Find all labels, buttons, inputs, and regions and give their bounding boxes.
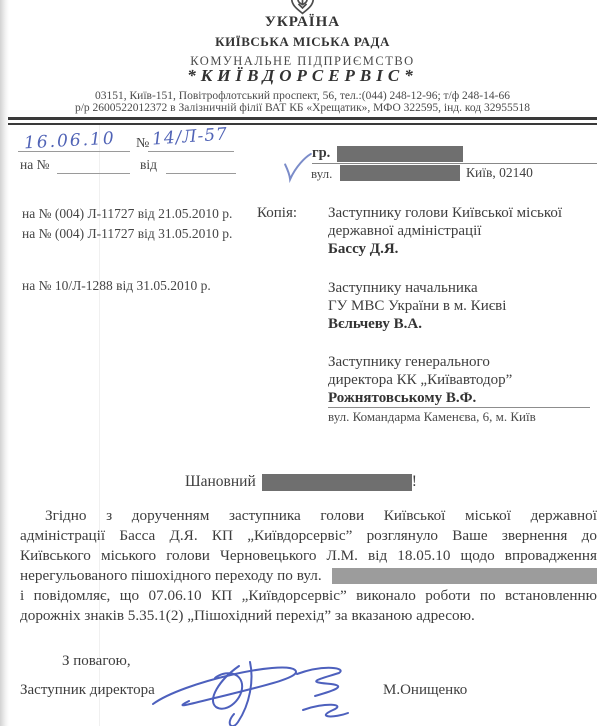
copy-label: Копія: [257,205,297,222]
number-symbol: № [136,136,149,152]
org-name: *КИЇВДОРСЕРВІС* [0,66,605,86]
org-address-line: 03151, Київ-151, Повітрофлотський проспе… [0,90,605,102]
redaction-box-street [340,165,460,181]
recipient-block: Заступнику начальника ГУ МВС України в м… [328,279,598,333]
from-label: від [140,157,157,173]
checkmark-annotation-icon [279,146,314,186]
signer-name: М.Онищенко [383,682,467,699]
recipient-title-line: ГУ МВС України в м. Києві [328,297,598,315]
addressee-street-label: вул. [311,166,332,182]
number-blank-line [148,151,234,152]
org-bank-line: р/р 2600522012372 в Залізничній філії ВА… [0,102,605,114]
recipient-title-line: Заступнику голови Київської міської [328,204,598,222]
redaction-box-name [337,146,463,162]
date-blank-line [18,151,130,152]
body-line: адміністрації Басса Д.Я. КП „Київдорсерв… [20,527,597,545]
closing-phrase: З повагою, [62,653,131,670]
city-council-name: КИЇВСЬКА МІСЬКА РАДА [0,34,605,50]
recipient-block: Заступнику голови Київської міської держ… [328,204,598,258]
recipient-name: Бассу Д.Я. [328,240,598,258]
tryzub-emblem-icon [289,0,316,15]
recipient-name: Вєльчеву В.А. [328,315,598,333]
recipient-title-line: Заступнику начальника [328,279,598,297]
reference-line: на № (004) Л-11727 від 31.05.2010 р. [22,226,232,242]
salutation-suffix: ! [412,473,417,491]
signature-scribble [145,652,360,726]
scanned-letter-page: УКРАЇНА КИЇВСЬКА МІСЬКА РАДА КОМУНАЛЬНЕ … [0,0,605,726]
body-line: і повідомляє, що 07.06.10 КП „Київдорсер… [20,587,597,605]
redaction-box-street-body [332,568,597,584]
from-blank-line [166,173,236,174]
body-line: Київського міського голови Черновецького… [20,547,597,565]
reference-line: на № (004) Л-11727 від 21.05.2010 р. [22,206,232,222]
recipient-block: Заступнику генерального директора КК „Ки… [328,353,598,407]
on-no-blank-line [57,173,130,174]
body-line: Згідно з дорученням заступника голови Ки… [20,507,597,525]
on-no-label: на № [20,157,49,173]
header-double-rule [8,117,597,125]
redaction-box-salutation [262,474,412,491]
recipient-address: вул. Командарма Каменєва, 6, м. Київ [328,409,536,425]
salutation-prefix: Шановний [185,473,256,491]
handwritten-number: 14/Л-57 [151,124,228,149]
recipient-title-line: директора КК „Київавтодор” [328,371,598,389]
signer-title: Заступник директора [20,682,155,699]
addressee-underline [312,163,597,164]
recipient-underline [328,407,590,408]
addressee-person-label: гр. [312,145,330,162]
country-name: УКРАЇНА [0,14,605,31]
recipient-name: Рожнятовському В.Ф. [328,389,598,407]
handwritten-date: 16.06.10 [24,129,117,154]
addressee-city-zip: Київ, 02140 [466,165,533,181]
body-line: дорожніх знаків 5.35.1(2) „Пішохідний пе… [20,607,597,625]
recipient-title-line: державної адміністрації [328,222,598,240]
body-line: нерегульованого пішохідного переходу по … [20,567,322,585]
recipient-title-line: Заступнику генерального [328,353,598,371]
body-line-with-redaction: нерегульованого пішохідного переходу по … [20,567,597,585]
reference-line: на № 10/Л-1288 від 31.05.2010 р. [22,278,211,294]
salutation: Шановний ! [185,473,417,491]
